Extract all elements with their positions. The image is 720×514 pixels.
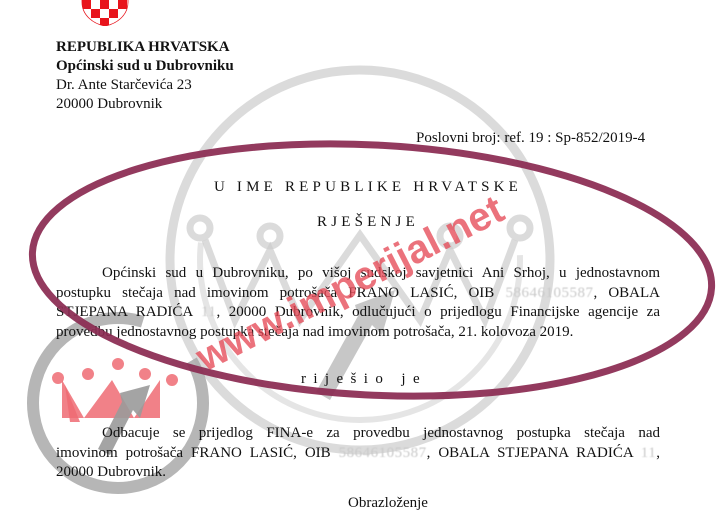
court-city: 20000 Dubrovnik bbox=[56, 95, 234, 114]
paragraph-line: Općinski sud u Dubrovniku, po višoj suds… bbox=[56, 264, 660, 284]
court-document-page: REPUBLIKA HRVATSKA Općinski sud u Dubrov… bbox=[0, 0, 720, 514]
redacted-house-number: 11 bbox=[201, 304, 216, 320]
paragraph-line: STJEPANA RADIĆA 11, 20000 Dubrovnik, odl… bbox=[56, 303, 660, 323]
redacted-oib: 58646105587 bbox=[339, 445, 427, 461]
court-header: REPUBLIKA HRVATSKA Općinski sud u Dubrov… bbox=[56, 38, 234, 114]
decision-heading: RJEŠENJE bbox=[8, 214, 720, 231]
redacted-oib: 58646105587 bbox=[505, 285, 593, 301]
reasoning-heading: Obrazloženje bbox=[0, 495, 720, 512]
redacted-house-number: 11 bbox=[641, 445, 656, 461]
court-name: Općinski sud u Dubrovniku bbox=[56, 57, 234, 76]
paragraph-line: Odbacuje se prijedlog FINA-e za provedbu… bbox=[56, 424, 660, 444]
document-body: REPUBLIKA HRVATSKA Općinski sud u Dubrov… bbox=[0, 0, 720, 514]
case-reference-number: Poslovni broj: ref. 19 : Sp-852/2019-4 bbox=[416, 130, 645, 147]
paragraph-line: imovinom potrošača FRANO LASIĆ, OIB 5864… bbox=[56, 444, 660, 464]
croatian-coat-of-arms-icon bbox=[80, 0, 130, 26]
intro-paragraph: Općinski sud u Dubrovniku, po višoj suds… bbox=[56, 264, 660, 342]
paragraph-line: provedbu jednostavnog postupka stečaja n… bbox=[56, 323, 660, 343]
paragraph-line: 20000 Dubrovnik. bbox=[56, 463, 660, 483]
paragraph-line: postupku stečaja nad imovinom potrošača … bbox=[56, 284, 660, 304]
country-name: REPUBLIKA HRVATSKA bbox=[56, 38, 234, 57]
in-the-name-heading: U IME REPUBLIKE HRVATSKE bbox=[8, 179, 720, 196]
ruling-paragraph: Odbacuje se prijedlog FINA-e za provedbu… bbox=[56, 424, 660, 483]
court-street: Dr. Ante Starčevića 23 bbox=[56, 76, 234, 95]
resolved-heading: riješio je bbox=[4, 371, 720, 388]
